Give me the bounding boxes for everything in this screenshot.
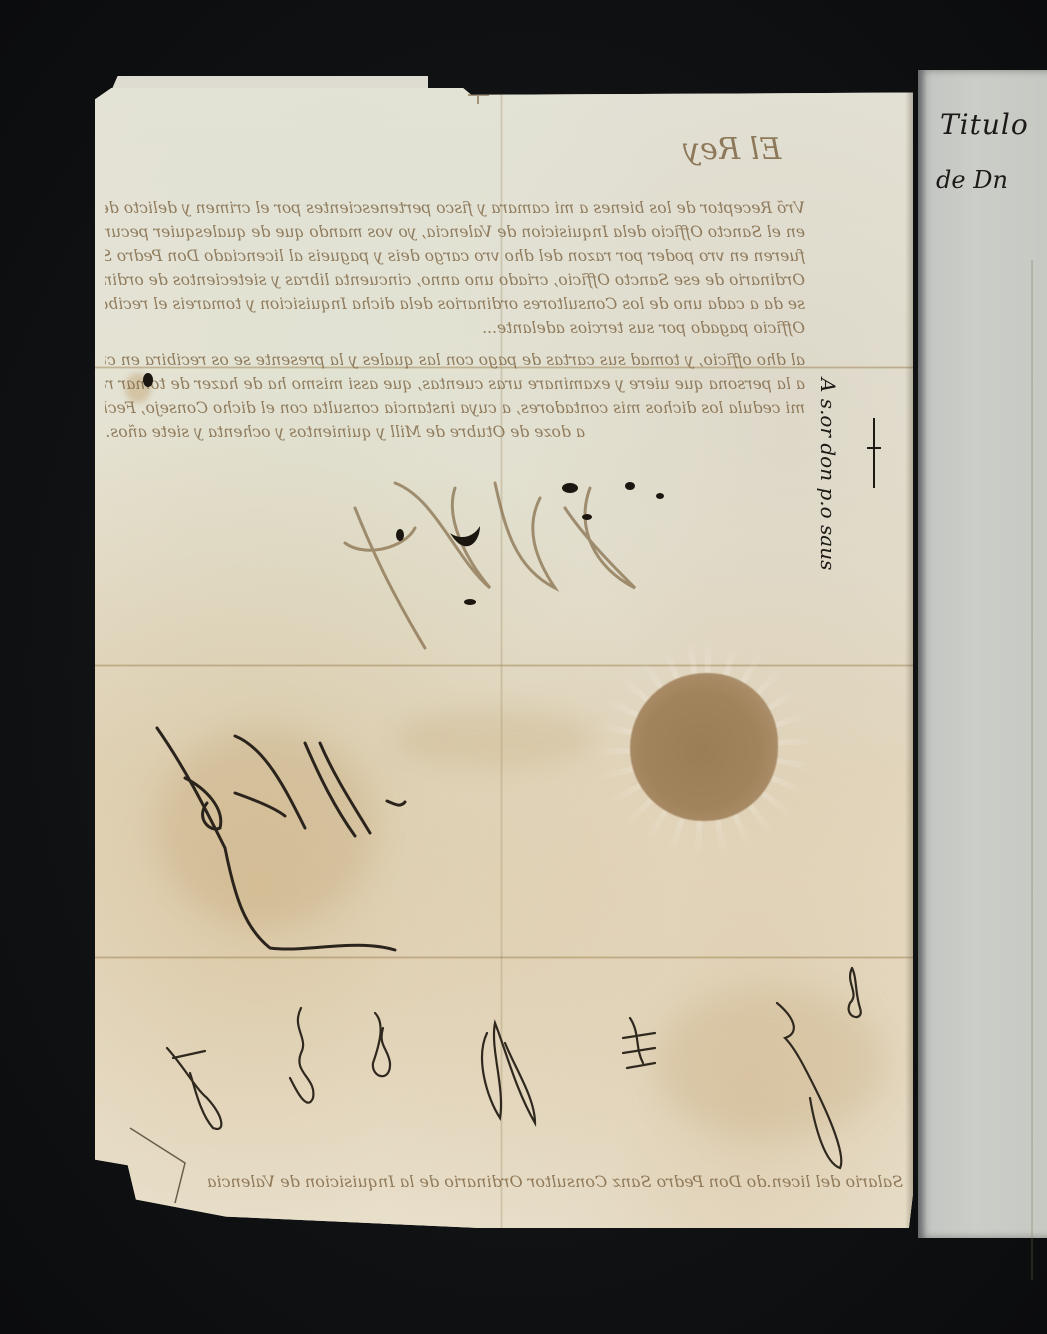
- text-line: se da a cada uno de los Consultores ordi…: [105, 292, 805, 316]
- text-line: Officio pagado por sus tercios adelante.…: [105, 316, 805, 340]
- fold-line-horizontal-2: [95, 664, 913, 667]
- side-sheet-crease: [1031, 260, 1033, 1280]
- foxing-stain: [655, 988, 885, 1138]
- text-line: en el Sancto Officio dela Inquisicion de…: [105, 220, 805, 244]
- manuscript-sheet: El Rey Vrõ Receptor de los bienes a mi c…: [95, 88, 913, 1228]
- text-line: a doze de Otubre de Mill y quinientos y …: [105, 420, 805, 444]
- side-sheet-title: Titulo: [940, 108, 1029, 141]
- text-line: al dho officio, y tomad sus cartas de pa…: [105, 348, 805, 372]
- fold-line-horizontal-3: [95, 956, 913, 959]
- text-line: mi cedula los dichos mis contadores, a c…: [105, 396, 805, 420]
- mirrored-body-text: Vrõ Receptor de los bienes a mi camara y…: [105, 196, 805, 444]
- text-line: fueren en vro poder por razon del dho vr…: [105, 244, 805, 268]
- foxing-stain: [395, 708, 595, 768]
- text-line: Vrõ Receptor de los bienes a mi camara y…: [105, 196, 805, 220]
- margin-note: A s.or don p.o saus: [816, 378, 840, 570]
- heading-el-rey: El Rey: [683, 132, 781, 167]
- mirrored-footer-text: Salario del licen.do Don Pedro Sanz Cons…: [175, 1172, 935, 1191]
- sheet-edge-shadow: [905, 88, 913, 1228]
- foxing-stain: [155, 728, 375, 928]
- adjacent-sheet: Titulo de Dn: [918, 70, 1047, 1238]
- text-line: a la persona que uiere y examinare uras …: [105, 372, 805, 396]
- wax-seal-stain: [630, 673, 778, 821]
- text-line: Ordinario de ese Sancto Officio, criado …: [105, 268, 805, 292]
- side-sheet-subtitle: de Dn: [936, 166, 1008, 194]
